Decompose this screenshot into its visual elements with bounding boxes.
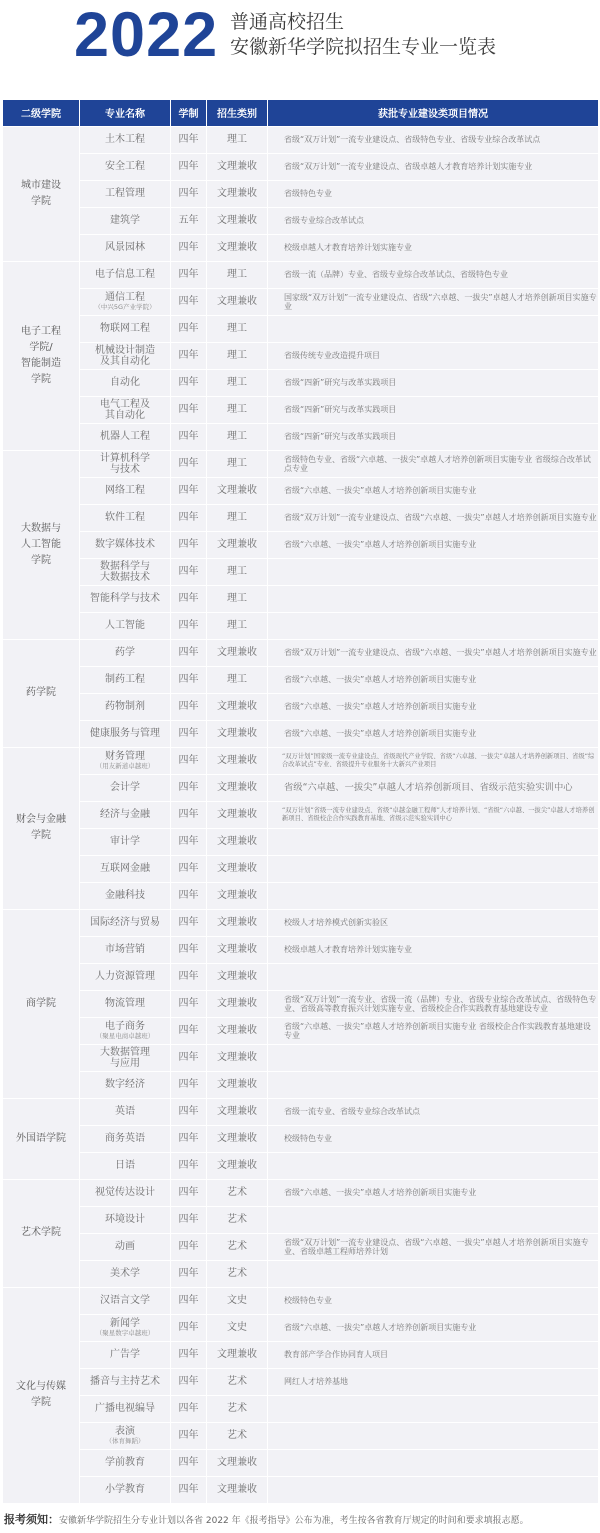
major-name-cell: 数字媒体技术 — [80, 531, 171, 558]
projects-cell: 省级“双万计划”一流专业建设点、省级特色专业、省级专业综合改革试点 — [268, 126, 599, 153]
projects-cell: 省级“六卓越、一拔尖”卓越人才培养创新项目实施专业 — [268, 693, 599, 720]
major-name: 小学教育 — [80, 1484, 170, 1495]
major-class-note: （聚星电商卓越班） — [80, 1032, 170, 1040]
category-cell: 文理兼收 — [207, 909, 268, 936]
major-name-cell: 财务管理（用友新道卓越班） — [80, 747, 171, 774]
category-cell: 文理兼收 — [207, 207, 268, 234]
college-name-line: 外国语学院 — [3, 1131, 79, 1147]
table-row: 会计学四年文理兼收省级“六卓越、一拔尖”卓越人才培养创新项目、省级示范实验实训中… — [3, 774, 599, 801]
table-row: 网络工程四年文理兼收省级“六卓越、一拔尖”卓越人才培养创新项目实施专业 — [3, 477, 599, 504]
major-name: 金融科技 — [80, 890, 170, 901]
major-name-cell: 软件工程 — [80, 504, 171, 531]
projects-cell: 校级卓越人才教育培养计划实施专业 — [268, 936, 599, 963]
major-name: 药物制剂 — [80, 701, 170, 712]
major-name-cell: 会计学 — [80, 774, 171, 801]
table-row: 工程管理四年文理兼收省级特色专业 — [3, 180, 599, 207]
table-row: 文化与传媒学院汉语言文学四年文史校级特色专业 — [3, 1287, 599, 1314]
duration-cell: 四年 — [171, 612, 207, 639]
major-name: 商务英语 — [80, 1133, 170, 1144]
projects-cell — [268, 828, 599, 855]
category-cell: 文理兼收 — [207, 1017, 268, 1044]
duration-cell: 四年 — [171, 288, 207, 315]
table-row: 数字经济四年文理兼收 — [3, 1071, 599, 1098]
college-name-line: 药学院 — [3, 685, 79, 701]
category-cell: 文理兼收 — [207, 882, 268, 909]
duration-cell: 四年 — [171, 261, 207, 288]
duration-cell: 四年 — [171, 1260, 207, 1287]
projects-cell: 省级“六卓越、一拔尖”卓越人才培养创新项目实施专业 — [268, 531, 599, 558]
table-row: 小学教育四年文理兼收 — [3, 1476, 599, 1503]
projects-cell: 省级“四新”研究与改革实践项目 — [268, 423, 599, 450]
duration-cell: 四年 — [171, 1098, 207, 1125]
projects-cell — [268, 558, 599, 585]
category-cell: 文理兼收 — [207, 153, 268, 180]
duration-cell: 四年 — [171, 369, 207, 396]
projects-cell: 校级特色专业 — [268, 1287, 599, 1314]
duration-cell: 四年 — [171, 180, 207, 207]
projects-cell: 校级人才培养模式创新实验区 — [268, 909, 599, 936]
table-row: 播音与主持艺术四年艺术网红人才培养基地 — [3, 1368, 599, 1395]
projects-cell: “双万计划”省级一流专业建设点、省级“卓越金融工程师”人才培养计划、“省级“六卓… — [268, 801, 599, 828]
duration-cell: 四年 — [171, 450, 207, 477]
table-row: 机器人工程四年理工省级“四新”研究与改革实践项目 — [3, 423, 599, 450]
category-cell: 文理兼收 — [207, 1341, 268, 1368]
notice-text: 安徽新华学院招生分专业计划以各省 2022 年《报考指导》公布为准，考生按各省教… — [59, 1516, 529, 1526]
major-name-cell: 商务英语 — [80, 1125, 171, 1152]
major-name-line: 与应用 — [80, 1058, 170, 1069]
category-cell: 艺术 — [207, 1179, 268, 1206]
projects-cell: 校级特色专业 — [268, 1125, 599, 1152]
table-row: 物流管理四年文理兼收省级“双万计划”一流专业、省级一流（品牌）专业、省级专业综合… — [3, 990, 599, 1017]
major-name-cell: 通信工程（中兴5G产业学院） — [80, 288, 171, 315]
projects-cell — [268, 612, 599, 639]
major-name: 广告学 — [80, 1349, 170, 1360]
major-name-line: 大数据管理 — [80, 1047, 170, 1058]
category-cell: 文理兼收 — [207, 774, 268, 801]
major-name-cell: 药物制剂 — [80, 693, 171, 720]
major-name-cell: 数据科学与大数据技术 — [80, 558, 171, 585]
projects-cell: 省级“六卓越、一拔尖”卓越人才培养创新项目实施专业 — [268, 1314, 599, 1341]
major-name-cell: 智能科学与技术 — [80, 585, 171, 612]
table-row: 机械设计制造及其自动化四年理工省级传统专业改造提升项目 — [3, 342, 599, 369]
major-name-cell: 广告学 — [80, 1341, 171, 1368]
category-cell: 艺术 — [207, 1260, 268, 1287]
table-row: 电子商务（聚星电商卓越班）四年文理兼收省级“六卓越、一拔尖”卓越人才培养创新项目… — [3, 1017, 599, 1044]
table-row: 财会与金融学院财务管理（用友新道卓越班）四年文理兼收“双万计划”国家级一流专业建… — [3, 747, 599, 774]
major-name-line: 电气工程及 — [80, 399, 170, 410]
college-name-line: 学院 — [3, 194, 79, 210]
major-name-line: 数据科学与 — [80, 561, 170, 572]
college-name-line: 学院 — [3, 553, 79, 569]
category-cell: 文理兼收 — [207, 1125, 268, 1152]
table-row: 安全工程四年文理兼收省级“双万计划”一流专业建设点、省级卓越人才教育培养计划实施… — [3, 153, 599, 180]
category-cell: 艺术 — [207, 1233, 268, 1260]
table-row: 商学院国际经济与贸易四年文理兼收校级人才培养模式创新实验区 — [3, 909, 599, 936]
column-header-college: 二级学院 — [3, 100, 80, 126]
college-name-line: 财会与金融 — [3, 812, 79, 828]
major-name: 通信工程 — [80, 292, 170, 303]
category-cell: 理工 — [207, 315, 268, 342]
major-name: 制药工程 — [80, 674, 170, 685]
major-name-line: 大数据技术 — [80, 572, 170, 583]
major-name: 视觉传达设计 — [80, 1187, 170, 1198]
major-name: 新闻学 — [80, 1318, 170, 1329]
projects-cell: 省级特色专业 — [268, 180, 599, 207]
major-name: 国际经济与贸易 — [80, 917, 170, 928]
table-body: 城市建设学院土木工程四年理工省级“双万计划”一流专业建设点、省级特色专业、省级专… — [3, 126, 599, 1503]
major-name-cell: 广播电视编导 — [80, 1395, 171, 1422]
college-cell: 艺术学院 — [3, 1179, 80, 1287]
major-name-cell: 网络工程 — [80, 477, 171, 504]
major-name: 网络工程 — [80, 485, 170, 496]
major-name-cell: 计算机科学与技术 — [80, 450, 171, 477]
table-row: 大数据管理与应用四年文理兼收 — [3, 1044, 599, 1071]
duration-cell: 四年 — [171, 936, 207, 963]
projects-cell: 省级“双万计划”一流专业建设点、省级“六卓越、一拔尖”卓越人才培养创新项目实施专… — [268, 1233, 599, 1260]
major-name-line: 其自动化 — [80, 410, 170, 421]
major-name: 健康服务与管理 — [80, 728, 170, 739]
category-cell: 文理兼收 — [207, 801, 268, 828]
college-name-line: 文化与传媒 — [3, 1379, 79, 1395]
table-row: 市场营销四年文理兼收校级卓越人才教育培养计划实施专业 — [3, 936, 599, 963]
category-cell: 文理兼收 — [207, 1152, 268, 1179]
table-row: 自动化四年理工省级“四新”研究与改革实践项目 — [3, 369, 599, 396]
duration-cell: 四年 — [171, 693, 207, 720]
duration-cell: 四年 — [171, 1071, 207, 1098]
table-row: 审计学四年文理兼收 — [3, 828, 599, 855]
major-name-cell: 日语 — [80, 1152, 171, 1179]
projects-cell — [268, 1476, 599, 1503]
major-name: 学前教育 — [80, 1457, 170, 1468]
category-cell: 理工 — [207, 612, 268, 639]
major-name-cell: 自动化 — [80, 369, 171, 396]
category-cell: 文史 — [207, 1287, 268, 1314]
major-name: 英语 — [80, 1106, 170, 1117]
major-name-cell: 英语 — [80, 1098, 171, 1125]
projects-cell — [268, 1152, 599, 1179]
major-name-cell: 动画 — [80, 1233, 171, 1260]
duration-cell: 四年 — [171, 747, 207, 774]
category-cell: 文理兼收 — [207, 1098, 268, 1125]
category-cell: 文理兼收 — [207, 288, 268, 315]
major-name: 土木工程 — [80, 134, 170, 145]
projects-cell: 省级“四新”研究与改革实践项目 — [268, 369, 599, 396]
major-name: 软件工程 — [80, 512, 170, 523]
table-row: 学前教育四年文理兼收 — [3, 1449, 599, 1476]
table-row: 城市建设学院土木工程四年理工省级“双万计划”一流专业建设点、省级特色专业、省级专… — [3, 126, 599, 153]
major-name-cell: 物联网工程 — [80, 315, 171, 342]
table-row: 商务英语四年文理兼收校级特色专业 — [3, 1125, 599, 1152]
duration-cell: 四年 — [171, 531, 207, 558]
duration-cell: 四年 — [171, 477, 207, 504]
majors-table: 二级学院 专业名称 学制 招生类别 获批专业建设类项目情况 城市建设学院土木工程… — [2, 100, 599, 1504]
notice-label: 报考须知： — [4, 1513, 59, 1526]
major-name-cell: 市场营销 — [80, 936, 171, 963]
category-cell: 艺术 — [207, 1395, 268, 1422]
projects-cell: 教育部产学合作协同育人项目 — [268, 1341, 599, 1368]
table-row: 互联网金融四年文理兼收 — [3, 855, 599, 882]
duration-cell: 四年 — [171, 1395, 207, 1422]
major-name-cell: 环境设计 — [80, 1206, 171, 1233]
duration-cell: 四年 — [171, 342, 207, 369]
major-name-cell: 安全工程 — [80, 153, 171, 180]
major-name-cell: 电子商务（聚星电商卓越班） — [80, 1017, 171, 1044]
major-name-cell: 数字经济 — [80, 1071, 171, 1098]
college-cell: 电子工程学院/智能制造学院 — [3, 261, 80, 450]
duration-cell: 四年 — [171, 1314, 207, 1341]
major-name-cell: 工程管理 — [80, 180, 171, 207]
duration-cell: 四年 — [171, 1422, 207, 1449]
projects-cell: 省级“六卓越、一拔尖”卓越人才培养创新项目实施专业 — [268, 666, 599, 693]
duration-cell: 四年 — [171, 1179, 207, 1206]
projects-cell: 省级传统专业改造提升项目 — [268, 342, 599, 369]
major-name: 智能科学与技术 — [80, 593, 170, 604]
category-cell: 理工 — [207, 342, 268, 369]
projects-cell — [268, 963, 599, 990]
category-cell: 理工 — [207, 369, 268, 396]
table-row: 表演（体育舞蹈）四年艺术 — [3, 1422, 599, 1449]
table-row: 建筑学五年文理兼收省级专业综合改革试点 — [3, 207, 599, 234]
table-row: 软件工程四年理工省级“双万计划”一流专业建设点、省级“六卓越、一拔尖”卓越人才培… — [3, 504, 599, 531]
projects-cell: 省级一流专业、省级专业综合改革试点 — [268, 1098, 599, 1125]
duration-cell: 四年 — [171, 423, 207, 450]
major-name-line: 计算机科学 — [80, 453, 170, 464]
duration-cell: 四年 — [171, 882, 207, 909]
projects-cell — [268, 1449, 599, 1476]
category-cell: 理工 — [207, 261, 268, 288]
major-name-cell: 机器人工程 — [80, 423, 171, 450]
category-cell: 文理兼收 — [207, 936, 268, 963]
table-header-row: 二级学院 专业名称 学制 招生类别 获批专业建设类项目情况 — [3, 100, 599, 126]
major-name-cell: 视觉传达设计 — [80, 1179, 171, 1206]
table-row: 艺术学院视觉传达设计四年艺术省级“六卓越、一拔尖”卓越人才培养创新项目实施专业 — [3, 1179, 599, 1206]
table-row: 新闻学（聚星数字卓越班）四年文史省级“六卓越、一拔尖”卓越人才培养创新项目实施专… — [3, 1314, 599, 1341]
major-name-cell: 人工智能 — [80, 612, 171, 639]
table-row: 日语四年文理兼收 — [3, 1152, 599, 1179]
college-name-line: 学院 — [3, 372, 79, 388]
major-name-cell: 大数据管理与应用 — [80, 1044, 171, 1071]
duration-cell: 四年 — [171, 990, 207, 1017]
major-name: 表演 — [80, 1426, 170, 1437]
major-name-cell: 电子信息工程 — [80, 261, 171, 288]
projects-cell: 省级“双万计划”一流专业建设点、省级卓越人才教育培养计划实施专业 — [268, 153, 599, 180]
category-cell: 艺术 — [207, 1368, 268, 1395]
table-row: 风景园林四年文理兼收校级卓越人才教育培养计划实施专业 — [3, 234, 599, 261]
category-cell: 艺术 — [207, 1422, 268, 1449]
major-name: 广播电视编导 — [80, 1403, 170, 1414]
duration-cell: 四年 — [171, 558, 207, 585]
major-name-cell: 电气工程及其自动化 — [80, 396, 171, 423]
major-name: 机器人工程 — [80, 431, 170, 442]
college-cell: 商学院 — [3, 909, 80, 1098]
major-name: 美术学 — [80, 1268, 170, 1279]
major-name: 药学 — [80, 647, 170, 658]
table-row: 通信工程（中兴5G产业学院）四年文理兼收国家级“双万计划”一流专业建设点、省级“… — [3, 288, 599, 315]
subtitle-line-2: 安徽新华学院拟招生专业一览表 — [230, 35, 496, 60]
category-cell: 理工 — [207, 585, 268, 612]
major-name-line: 与技术 — [80, 464, 170, 475]
major-name-cell: 风景园林 — [80, 234, 171, 261]
college-name-line: 大数据与 — [3, 521, 79, 537]
table-row: 人工智能四年理工 — [3, 612, 599, 639]
college-cell: 城市建设学院 — [3, 126, 80, 261]
table-row: 物联网工程四年理工 — [3, 315, 599, 342]
college-name-line: 学院 — [3, 828, 79, 844]
major-name-cell: 互联网金融 — [80, 855, 171, 882]
category-cell: 文理兼收 — [207, 720, 268, 747]
projects-cell: 省级“六卓越、一拔尖”卓越人才培养创新项目实施专业 — [268, 1179, 599, 1206]
major-name: 自动化 — [80, 377, 170, 388]
category-cell: 文理兼收 — [207, 747, 268, 774]
projects-cell: 国家级“双万计划”一流专业建设点、省级“六卓越、一拔尖”卓越人才培养创新项目实施… — [268, 288, 599, 315]
category-cell: 文理兼收 — [207, 1044, 268, 1071]
title-subtitle: 普通高校招生 安徽新华学院拟招生专业一览表 — [230, 10, 496, 60]
college-name-line: 电子工程 — [3, 324, 79, 340]
column-header-category: 招生类别 — [207, 100, 268, 126]
duration-cell: 四年 — [171, 639, 207, 666]
duration-cell: 四年 — [171, 1233, 207, 1260]
college-name-line: 学院 — [3, 1395, 79, 1411]
table-row: 经济与金融四年文理兼收“双万计划”省级一流专业建设点、省级“卓越金融工程师”人才… — [3, 801, 599, 828]
category-cell: 理工 — [207, 450, 268, 477]
table-row: 药学院药学四年文理兼收省级“双万计划”一流专业建设点、省级“六卓越、一拔尖”卓越… — [3, 639, 599, 666]
category-cell: 文理兼收 — [207, 1476, 268, 1503]
major-name-cell: 审计学 — [80, 828, 171, 855]
major-name-cell: 制药工程 — [80, 666, 171, 693]
duration-cell: 四年 — [171, 504, 207, 531]
college-name-line: 城市建设 — [3, 178, 79, 194]
major-name: 电子信息工程 — [80, 269, 170, 280]
major-name: 经济与金融 — [80, 809, 170, 820]
category-cell: 艺术 — [207, 1206, 268, 1233]
major-name-cell: 物流管理 — [80, 990, 171, 1017]
table-row: 人力资源管理四年文理兼收 — [3, 963, 599, 990]
major-name-cell: 新闻学（聚星数字卓越班） — [80, 1314, 171, 1341]
category-cell: 文理兼收 — [207, 531, 268, 558]
duration-cell: 四年 — [171, 153, 207, 180]
major-name-cell: 经济与金融 — [80, 801, 171, 828]
duration-cell: 四年 — [171, 396, 207, 423]
column-header-duration: 学制 — [171, 100, 207, 126]
college-cell: 文化与传媒学院 — [3, 1287, 80, 1503]
major-name-cell: 建筑学 — [80, 207, 171, 234]
projects-cell: 省级“双万计划”一流专业、省级一流（品牌）专业、省级专业综合改革试点、省级特色专… — [268, 990, 599, 1017]
table-row: 数据科学与大数据技术四年理工 — [3, 558, 599, 585]
duration-cell: 四年 — [171, 1368, 207, 1395]
duration-cell: 四年 — [171, 801, 207, 828]
major-name: 数字经济 — [80, 1079, 170, 1090]
major-name: 市场营销 — [80, 944, 170, 955]
major-name: 建筑学 — [80, 215, 170, 226]
category-cell: 文理兼收 — [207, 693, 268, 720]
duration-cell: 四年 — [171, 234, 207, 261]
duration-cell: 四年 — [171, 666, 207, 693]
major-name-cell: 药学 — [80, 639, 171, 666]
projects-cell: 省级“双万计划”一流专业建设点、省级“六卓越、一拔尖”卓越人才培养创新项目实施专… — [268, 504, 599, 531]
major-name-cell: 汉语言文学 — [80, 1287, 171, 1314]
projects-cell: 网红人才培养基地 — [268, 1368, 599, 1395]
projects-cell: 省级“六卓越、一拔尖”卓越人才培养创新项目实施专业 — [268, 477, 599, 504]
table-row: 外国语学院英语四年文理兼收省级一流专业、省级专业综合改革试点 — [3, 1098, 599, 1125]
duration-cell: 四年 — [171, 1125, 207, 1152]
projects-cell — [268, 1206, 599, 1233]
category-cell: 文理兼收 — [207, 828, 268, 855]
major-name: 会计学 — [80, 782, 170, 793]
category-cell: 理工 — [207, 126, 268, 153]
category-cell: 理工 — [207, 423, 268, 450]
college-name-line: 人工智能 — [3, 537, 79, 553]
table-row: 动画四年艺术省级“双万计划”一流专业建设点、省级“六卓越、一拔尖”卓越人才培养创… — [3, 1233, 599, 1260]
college-name-line: 艺术学院 — [3, 1225, 79, 1241]
major-name-cell: 播音与主持艺术 — [80, 1368, 171, 1395]
major-name: 环境设计 — [80, 1214, 170, 1225]
college-cell: 财会与金融学院 — [3, 747, 80, 909]
duration-cell: 四年 — [171, 585, 207, 612]
column-header-projects: 获批专业建设类项目情况 — [268, 100, 599, 126]
table-row: 环境设计四年艺术 — [3, 1206, 599, 1233]
category-cell: 文理兼收 — [207, 1449, 268, 1476]
column-header-major: 专业名称 — [80, 100, 171, 126]
projects-cell — [268, 882, 599, 909]
major-name: 电子商务 — [80, 1021, 170, 1032]
projects-cell — [268, 1422, 599, 1449]
duration-cell: 四年 — [171, 963, 207, 990]
major-name: 日语 — [80, 1160, 170, 1171]
major-name-cell: 学前教育 — [80, 1449, 171, 1476]
college-name-line: 智能制造 — [3, 356, 79, 372]
projects-cell — [268, 315, 599, 342]
major-name-cell: 人力资源管理 — [80, 963, 171, 990]
duration-cell: 四年 — [171, 1449, 207, 1476]
projects-cell — [268, 1071, 599, 1098]
major-name: 动画 — [80, 1241, 170, 1252]
major-name: 数字媒体技术 — [80, 539, 170, 550]
category-cell: 理工 — [207, 504, 268, 531]
duration-cell: 四年 — [171, 1206, 207, 1233]
projects-cell: 校级卓越人才教育培养计划实施专业 — [268, 234, 599, 261]
table-row: 电子工程学院/智能制造学院电子信息工程四年理工省级一流（品牌）专业、省级专业综合… — [3, 261, 599, 288]
table-row: 数字媒体技术四年文理兼收省级“六卓越、一拔尖”卓越人才培养创新项目实施专业 — [3, 531, 599, 558]
table-row: 制药工程四年理工省级“六卓越、一拔尖”卓越人才培养创新项目实施专业 — [3, 666, 599, 693]
duration-cell: 四年 — [171, 909, 207, 936]
projects-cell — [268, 855, 599, 882]
table-row: 电气工程及其自动化四年理工省级“四新”研究与改革实践项目 — [3, 396, 599, 423]
major-name-cell: 健康服务与管理 — [80, 720, 171, 747]
duration-cell: 四年 — [171, 855, 207, 882]
duration-cell: 四年 — [171, 1044, 207, 1071]
projects-cell: 省级专业综合改革试点 — [268, 207, 599, 234]
major-name: 安全工程 — [80, 161, 170, 172]
major-name: 汉语言文学 — [80, 1295, 170, 1306]
enrollment-notice: 报考须知：安徽新华学院招生分专业计划以各省 2022 年《报考指导》公布为准，考… — [4, 1511, 529, 1527]
table-row: 药物制剂四年文理兼收省级“六卓越、一拔尖”卓越人才培养创新项目实施专业 — [3, 693, 599, 720]
table-row: 美术学四年艺术 — [3, 1260, 599, 1287]
college-name-line: 学院/ — [3, 340, 79, 356]
projects-cell — [268, 1395, 599, 1422]
major-class-note: （中兴5G产业学院） — [80, 303, 170, 311]
duration-cell: 五年 — [171, 207, 207, 234]
duration-cell: 四年 — [171, 1476, 207, 1503]
projects-cell: 省级“六卓越、一拔尖”卓越人才培养创新项目实施专业 — [268, 720, 599, 747]
major-name-cell: 机械设计制造及其自动化 — [80, 342, 171, 369]
duration-cell: 四年 — [171, 315, 207, 342]
category-cell: 文理兼收 — [207, 1071, 268, 1098]
projects-cell: 省级“四新”研究与改革实践项目 — [268, 396, 599, 423]
major-name-cell: 国际经济与贸易 — [80, 909, 171, 936]
major-name-line: 机械设计制造 — [80, 345, 170, 356]
subtitle-line-1: 普通高校招生 — [230, 10, 496, 35]
major-class-note: （用友新道卓越班） — [80, 762, 170, 770]
